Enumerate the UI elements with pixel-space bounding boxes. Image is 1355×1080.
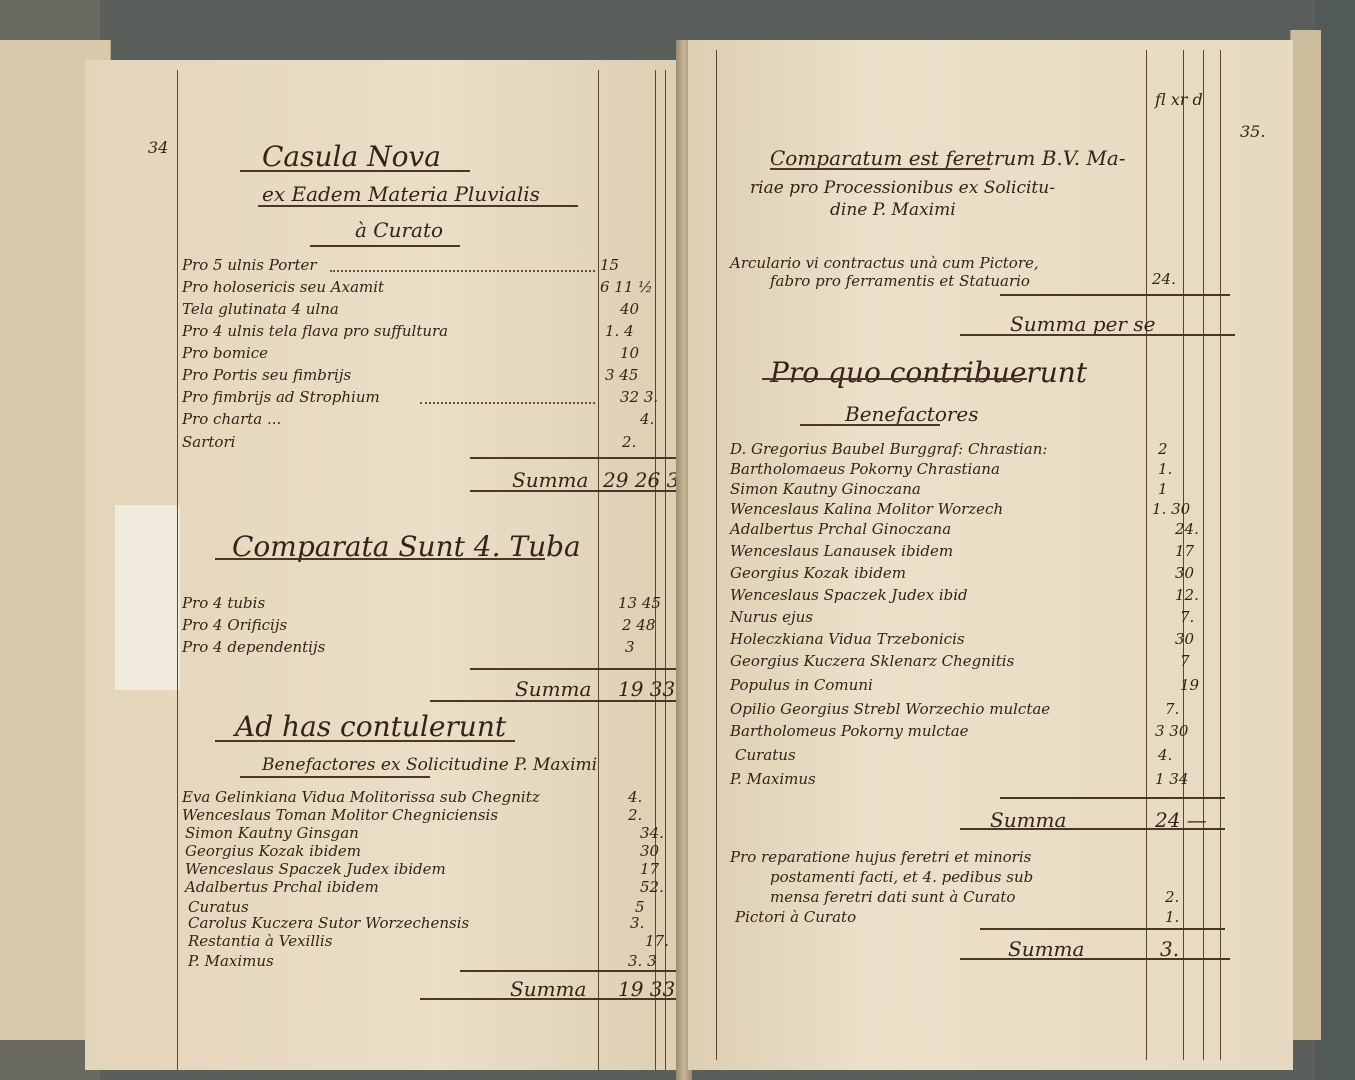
- ledger-item-label: Sartori: [182, 433, 235, 451]
- column-header: fl xr d: [1155, 90, 1203, 109]
- underline: [215, 740, 515, 742]
- sum-rule: [470, 490, 680, 492]
- ledger-item-value: 30: [640, 842, 680, 860]
- sum-rule: [960, 958, 1230, 960]
- underline: [240, 776, 430, 778]
- sum-label: Summa: [515, 677, 591, 701]
- ledger-item-label: Pro fimbrijs ad Strophium: [182, 388, 380, 406]
- leader-dots: [330, 270, 595, 272]
- ledger-item-value: 13 45: [618, 594, 678, 612]
- ledger-item-value: 17: [640, 860, 680, 878]
- ledger-item-label: Nurus ejus: [730, 608, 813, 626]
- ledger-item-label: Simon Kautny Ginoczana: [730, 480, 921, 498]
- ledger-item-value: 4.: [640, 410, 680, 428]
- section-title: riae pro Processionibus ex Solicitu-: [750, 178, 1055, 198]
- ledger-item-value: 17: [1175, 542, 1215, 560]
- ledger-item-label: fabro pro ferramentis et Statuario: [770, 272, 1030, 290]
- underline: [800, 424, 940, 426]
- sum-rule: [1000, 797, 1225, 799]
- ledger-item-label: Carolus Kuczera Sutor Worzechensis: [188, 914, 469, 932]
- ledger-item-value: 3: [625, 638, 665, 656]
- left-margin-rule: [716, 50, 717, 1060]
- underline: [240, 170, 470, 172]
- ledger-item-value: 24.: [1175, 520, 1215, 538]
- ledger-item-value: 2.: [622, 433, 662, 451]
- ledger-item-value: 2: [1158, 440, 1198, 458]
- ledger-item-label: Restantia à Vexillis: [188, 932, 332, 950]
- ledger-item-label: Tela glutinata 4 ulna: [182, 300, 339, 318]
- underline: [310, 245, 460, 247]
- ledger-item-label: Wenceslaus Spaczek Judex ibidem: [185, 860, 446, 878]
- ledger-item-label: D. Gregorius Baubel Burggraf: Chrastian:: [730, 440, 1047, 458]
- page-stack-right: [1290, 30, 1321, 1040]
- ledger-item-value: 6 11 ½: [600, 278, 680, 296]
- section-title: Pro quo contribuerunt: [770, 356, 1087, 389]
- ledger-item-label: Georgius Kuczera Sklenarz Chegnitis: [730, 652, 1014, 670]
- sum-value: 19 33: [618, 677, 675, 701]
- ledger-item-label: Pro bomice: [182, 344, 268, 362]
- ledger-item-value: 1.: [1165, 908, 1195, 926]
- section-subtitle: ex Eadem Materia Pluvialis: [262, 182, 540, 206]
- ledger-item-value: 4.: [628, 788, 668, 806]
- ledger-item-label: Bartholomeus Pokorny mulctae: [730, 722, 969, 740]
- sum-rule: [1000, 294, 1230, 296]
- section-subtitle: Benefactores ex Solicitudine P. Maximi: [262, 755, 597, 775]
- ledger-item-value: 1 34: [1155, 770, 1205, 788]
- ledger-item-value: 3 30: [1155, 722, 1205, 740]
- page-number: 35.: [1240, 122, 1265, 141]
- ledger-item-label: Curatus: [735, 746, 796, 764]
- ledger-item-label: Pro 5 ulnis Porter: [182, 256, 317, 274]
- section-subtitle: Benefactores: [845, 402, 979, 426]
- ledger-item-label: Wenceslaus Kalina Molitor Worzech: [730, 500, 1003, 518]
- ledger-item-label: mensa feretri dati sunt à Curato: [770, 888, 1015, 906]
- section-title: Casula Nova: [262, 140, 441, 173]
- ledger-item-value: 7: [1180, 652, 1220, 670]
- sum-rule: [460, 970, 685, 972]
- leader-dots: [420, 402, 595, 404]
- ledger-item-value: 12.: [1175, 586, 1215, 604]
- ledger-item-label: Holeczkiana Vidua Trzebonicis: [730, 630, 965, 648]
- sum-rule: [960, 334, 1235, 336]
- ledger-item-label: Pro 4 Orificijs: [182, 616, 287, 634]
- ledger-item-label: Pro charta ...: [182, 410, 281, 428]
- ledger-item-value: 32 3.: [620, 388, 680, 406]
- ledger-item-value: 2.: [628, 806, 668, 824]
- ledger-item-label: Pro Portis seu fimbrijs: [182, 366, 351, 384]
- ledger-item-value: 19: [1180, 676, 1220, 694]
- ledger-item-value: 7.: [1165, 700, 1205, 718]
- ledger-item-value: 10: [620, 344, 680, 362]
- ledger-item-value: 3. 3: [628, 952, 678, 970]
- sum-value: 29 26 3: [603, 468, 679, 492]
- ledger-item-label: P. Maximus: [730, 770, 816, 788]
- ledger-item-label: Pro 4 dependentijs: [182, 638, 325, 656]
- ledger-item-label: Pictori à Curato: [735, 908, 856, 926]
- book-cover-right: [1315, 0, 1355, 1080]
- ledger-item-label: P. Maximus: [188, 952, 274, 970]
- amount-column-rule: [1146, 50, 1147, 1060]
- ledger-item-label: Bartholomaeus Pokorny Chrastiana: [730, 460, 1000, 478]
- ledger-item-label: Pro holosericis seu Axamit: [182, 278, 384, 296]
- sum-rule: [980, 928, 1225, 930]
- sum-rule: [420, 998, 685, 1000]
- ledger-item-value: 2 48: [622, 616, 682, 634]
- ledger-item-label: Adalbertus Prchal ibidem: [185, 878, 379, 896]
- ledger-item-value: 7.: [1180, 608, 1220, 626]
- ledger-item-value: 52.: [640, 878, 680, 896]
- ledger-item-value: 3.: [630, 914, 670, 932]
- underline: [762, 378, 1027, 380]
- amount-column-rule: [598, 70, 599, 1070]
- ledger-item-value: 15: [600, 256, 680, 274]
- section-title: Comparatum est feretrum B.V. Ma-: [770, 146, 1126, 170]
- underline: [770, 168, 990, 170]
- sum-label: Summa per se: [1010, 312, 1155, 336]
- ledger-item-label: Georgius Kozak ibidem: [730, 564, 906, 582]
- ledger-item-value: 34.: [640, 824, 680, 842]
- underline: [215, 558, 545, 560]
- sum-rule: [470, 668, 680, 670]
- ledger-item-label: Eva Gelinkiana Vidua Molitorissa sub Che…: [182, 788, 540, 806]
- sum-rule: [430, 700, 680, 702]
- left-margin-rule: [177, 70, 178, 1070]
- ledger-item-value: 2.: [1165, 888, 1195, 906]
- ledger-item-label: Adalbertus Prchal Ginoczana: [730, 520, 951, 538]
- underline: [258, 205, 578, 207]
- ledger-item-value: 24.: [1152, 270, 1192, 288]
- ledger-item-value: 1.: [1158, 460, 1198, 478]
- ledger-item-value: 30: [1175, 630, 1215, 648]
- sum-rule: [960, 828, 1225, 830]
- sum-label: Summa: [512, 468, 588, 492]
- ledger-item-label: Wenceslaus Spaczek Judex ibid: [730, 586, 968, 604]
- ledger-item-value: 40: [620, 300, 680, 318]
- sum-rule: [470, 457, 680, 459]
- ledger-item-value: 4.: [1158, 746, 1198, 764]
- ledger-item-label: postamenti facti, et 4. pedibus sub: [770, 868, 1033, 886]
- ledger-item-label: Arculario vi contractus unà cum Pictore,: [730, 254, 1039, 272]
- ledger-item-value: 30: [1175, 564, 1215, 582]
- amount-column-rule: [1220, 50, 1221, 1060]
- ledger-item-label: Pro 4 ulnis tela flava pro suffultura: [182, 322, 448, 340]
- ledger-item-value: 1. 30: [1152, 500, 1202, 518]
- ledger-item-label: Wenceslaus Lanausek ibidem: [730, 542, 953, 560]
- section-title: Ad has contulerunt: [235, 710, 506, 743]
- ledger-item-value: 1: [1158, 480, 1198, 498]
- section-subtitle: à Curato: [355, 218, 443, 242]
- ledger-item-label: Pro 4 tubis: [182, 594, 265, 612]
- page-number: 34: [148, 138, 168, 157]
- section-title: dine P. Maximi: [830, 200, 956, 220]
- ledger-item-label: Georgius Kozak ibidem: [185, 842, 361, 860]
- ledger-item-label: Populus in Comuni: [730, 676, 873, 694]
- ledger-item-label: Opilio Georgius Strebl Worzechio mulctae: [730, 700, 1050, 718]
- ledger-item-value: 3 45: [605, 366, 675, 384]
- ledger-item-value: 1. 4: [605, 322, 675, 340]
- ledger-item-label: Pro reparatione hujus feretri et minoris: [730, 848, 1031, 866]
- ledger-item-label: Simon Kautny Ginsgan: [185, 824, 359, 842]
- ledger-item-label: Wenceslaus Toman Molitor Chegniciensis: [182, 806, 498, 824]
- paper-repair-patch: [115, 505, 180, 690]
